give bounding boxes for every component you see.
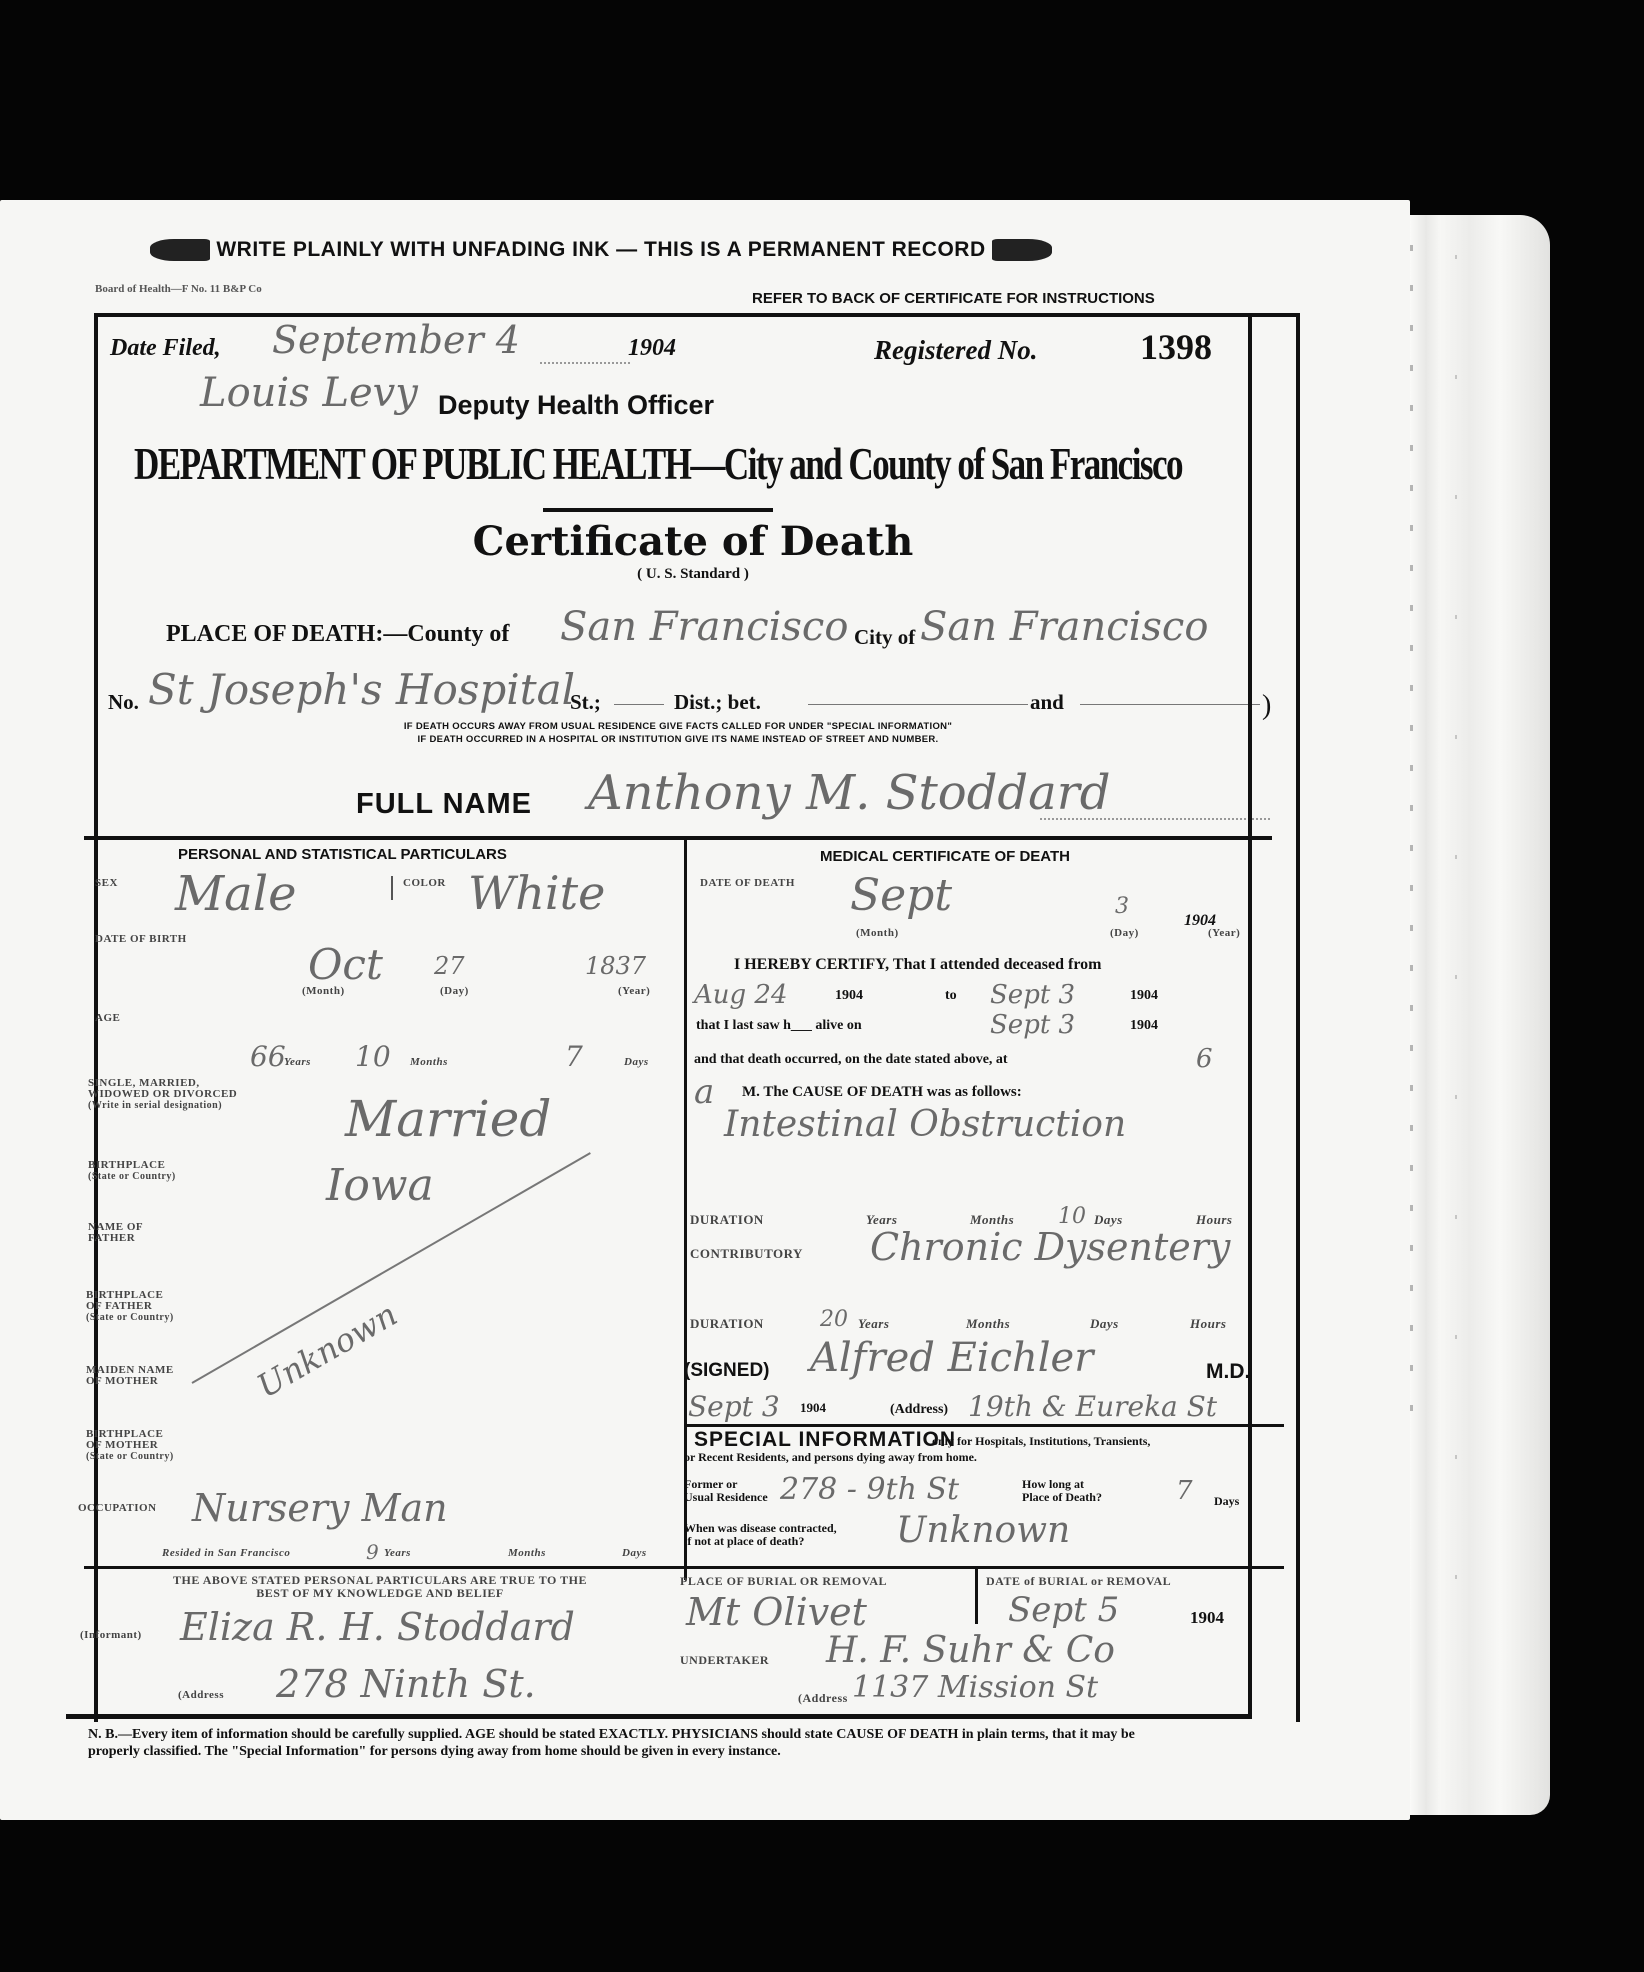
mother-label-2: OF MOTHER: [86, 1376, 174, 1387]
undertaker-label: UNDERTAKER: [680, 1655, 769, 1666]
medical-heading: MEDICAL CERTIFICATE OF DEATH: [820, 848, 1070, 865]
dod-month: Sept: [850, 870, 952, 921]
signed-date: Sept 3: [688, 1390, 780, 1423]
father-birthplace-label: BIRTHPLACE OF FATHER (State or Country): [86, 1290, 174, 1323]
informant-statement-2: BEST OF MY KNOWLEDGE AND BELIEF: [80, 1587, 680, 1600]
occupation-label: OCCUPATION: [78, 1503, 157, 1514]
cause-text: M. The CAUSE OF DEATH was as follows:: [742, 1084, 1022, 1101]
duration-1-days-caption: Days: [1094, 1214, 1123, 1225]
resided-months-caption: Months: [508, 1548, 546, 1559]
ampm-value: a: [694, 1072, 714, 1112]
marital-label-2: WIDOWED OR DIVORCED: [88, 1089, 237, 1100]
dod-month-caption: (Month): [856, 928, 899, 939]
to-label: to: [945, 988, 957, 1004]
duration-2-label: DURATION: [690, 1318, 764, 1329]
age-months: 10: [355, 1040, 391, 1073]
officer-title: Deputy Health Officer: [438, 390, 714, 421]
contributory-label: CONTRIBUTORY: [690, 1248, 803, 1259]
signed-year: 1904: [800, 1400, 826, 1416]
md-label: M.D.: [1206, 1360, 1250, 1384]
department-title: DEPARTMENT OF PUBLIC HEALTH—City and Cou…: [134, 438, 1182, 490]
date-filed-year: 1904: [628, 335, 676, 362]
registered-label: Registered No.: [874, 335, 1037, 366]
standard-note: ( U. S. Standard ): [0, 566, 1386, 583]
father-label-2: FATHER: [88, 1233, 143, 1244]
form-code: Board of Health—F No. 11 B&P Co: [95, 283, 262, 295]
how-long-label: How long at Place of Death?: [1022, 1478, 1102, 1504]
place-of-death-label: PLACE OF DEATH:—County of: [166, 621, 509, 648]
burial-date-value: Sept 5: [1008, 1590, 1119, 1630]
burial-place-value: Mt Olivet: [686, 1590, 867, 1634]
occurred-text: and that death occurred, on the date sta…: [694, 1052, 1008, 1068]
age-years: 66: [250, 1040, 286, 1073]
no-label: No.: [108, 690, 139, 715]
informant-address: 278 Ninth St.: [276, 1662, 536, 1706]
marital-value: Married: [345, 1090, 551, 1148]
informant-statement: THE ABOVE STATED PERSONAL PARTICULARS AR…: [80, 1574, 680, 1600]
undertaker-address: 1137 Mission St: [852, 1670, 1098, 1705]
last-saw-year: 1904: [1130, 1018, 1158, 1034]
special-note-1: only for Hospitals, Institutions, Transi…: [932, 1434, 1150, 1449]
resided-years: 9: [366, 1540, 379, 1564]
physician-signature: Alfred Eichler: [810, 1335, 1093, 1381]
resided-years-caption: Years: [384, 1548, 411, 1559]
district-label: Dist.; bet.: [674, 690, 761, 715]
dob-label: DATE OF BIRTH: [95, 934, 187, 945]
informant-label: (Informant): [80, 1630, 142, 1641]
attended-to-year: 1904: [1130, 988, 1158, 1004]
dod-day: 3: [1115, 894, 1129, 919]
duration-2-years-caption: Years: [858, 1318, 889, 1329]
contracted-label: When was disease contracted, if not at p…: [684, 1522, 837, 1548]
duration-1-years-caption: Years: [866, 1214, 897, 1225]
how-long-value: 7: [1176, 1476, 1193, 1506]
age-years-caption: Years: [284, 1057, 311, 1068]
instructions-note: REFER TO BACK OF CERTIFICATE FOR INSTRUC…: [752, 290, 1155, 307]
place-note-line-1: IF DEATH OCCURS AWAY FROM USUAL RESIDENC…: [248, 720, 1108, 733]
father-name-label: NAME OF FATHER: [88, 1222, 143, 1244]
dod-day-caption: (Day): [1110, 928, 1139, 939]
father-bp-label-2: OF FATHER: [86, 1301, 174, 1312]
birthplace-value: Iowa: [326, 1160, 434, 1211]
physician-address: 19th & Eureka St: [968, 1390, 1217, 1423]
place-note-line-2: IF DEATH OCCURRED IN A HOSPITAL OR INSTI…: [248, 733, 1108, 746]
color-value: White: [468, 866, 605, 920]
mother-birthplace-label: BIRTHPLACE OF MOTHER (State or Country): [86, 1429, 174, 1462]
occupation-value: Nursery Man: [192, 1486, 448, 1530]
certificate-title: Certificate of Death: [0, 518, 1386, 565]
signed-label: (SIGNED): [684, 1360, 770, 1382]
informant-name: Eliza R. H. Stoddard: [180, 1605, 575, 1649]
month-caption: (Month): [302, 986, 345, 997]
and-label: and: [1030, 690, 1064, 715]
marital-label-3: (Write in serial designation): [88, 1100, 237, 1111]
footer-note: N. B.—Every item of information should b…: [88, 1726, 1158, 1760]
date-filed-label: Date Filed,: [110, 335, 221, 362]
registered-number: 1398: [1140, 326, 1212, 368]
full-name-label: FULL NAME: [356, 788, 532, 821]
place-note: IF DEATH OCCURS AWAY FROM USUAL RESIDENC…: [248, 720, 1108, 746]
year-caption: (Year): [618, 986, 650, 997]
birthplace-label-text: BIRTHPLACE: [88, 1160, 176, 1171]
duration-1-hours-caption: Hours: [1196, 1214, 1232, 1225]
contracted-label-2: if not at place of death?: [684, 1535, 837, 1548]
contributory-value: Chronic Dysentery: [870, 1225, 1230, 1269]
age-days-caption: Days: [624, 1057, 649, 1068]
certify-text: I HEREBY CERTIFY, That I attended deceas…: [734, 956, 1101, 974]
undertaker-value: H. F. Suhr & Co: [826, 1630, 1115, 1671]
duration-2-years: 20: [820, 1307, 848, 1332]
full-name-value: Anthony M. Stoddard: [588, 765, 1110, 821]
attended-from: Aug 24: [694, 980, 788, 1010]
dob-month: Oct: [308, 940, 383, 989]
age-months-caption: Months: [410, 1057, 448, 1068]
pointing-hand-icon: [992, 239, 1052, 261]
age-days: 7: [565, 1040, 583, 1073]
birthplace-label: BIRTHPLACE (State or Country): [88, 1160, 176, 1182]
residence-value: 278 - 9th St: [780, 1472, 959, 1507]
informant-address-label: (Address: [178, 1690, 224, 1701]
banner-text: WRITE PLAINLY WITH UNFADING INK — THIS I…: [216, 238, 985, 261]
physician-address-label: (Address): [890, 1402, 948, 1418]
undertaker-address-label: (Address: [798, 1693, 848, 1704]
county-value: San Francisco: [560, 604, 848, 650]
father-bp-caption: (State or Country): [86, 1312, 174, 1323]
attended-from-year: 1904: [835, 988, 863, 1004]
date-filed-value: September 4: [272, 318, 520, 362]
dob-year: 1837: [585, 952, 646, 980]
place-no-value: St Joseph's Hospital: [148, 665, 575, 714]
attended-to: Sept 3: [990, 980, 1075, 1010]
mother-name-label: MAIDEN NAME OF MOTHER: [86, 1365, 174, 1387]
officer-signature: Louis Levy: [200, 370, 418, 416]
day-caption: (Day): [440, 986, 469, 997]
sex-label: SEX: [95, 878, 118, 889]
duration-1-label: DURATION: [690, 1214, 764, 1225]
duration-2-months-caption: Months: [966, 1318, 1010, 1329]
how-long-unit: Days: [1214, 1494, 1239, 1509]
birthplace-caption: (State or Country): [88, 1171, 176, 1182]
resided-days-caption: Days: [622, 1548, 647, 1559]
dob-day: 27: [434, 952, 465, 980]
city-value: San Francisco: [920, 604, 1208, 650]
last-saw-value: Sept 3: [990, 1010, 1075, 1040]
how-long-label-2: Place of Death?: [1022, 1491, 1102, 1504]
burial-year: 1904: [1190, 1608, 1224, 1628]
dod-label: DATE OF DEATH: [700, 878, 795, 889]
banner: WRITE PLAINLY WITH UNFADING INK — THIS I…: [150, 238, 1052, 262]
mother-bp-caption: (State or Country): [86, 1451, 174, 1462]
sex-value: Male: [175, 866, 297, 922]
residence-label-2: Usual Residence: [684, 1491, 768, 1504]
resided-label: Resided in San Francisco: [162, 1548, 290, 1559]
pointing-hand-icon: [150, 239, 210, 261]
city-label: City of: [854, 625, 915, 650]
contracted-value: Unknown: [896, 1510, 1070, 1551]
hour-value: 6: [1196, 1044, 1213, 1074]
marital-label: SINGLE, MARRIED, WIDOWED OR DIVORCED (Wr…: [88, 1078, 237, 1111]
street-label: St.;: [570, 690, 601, 715]
dod-year-caption: (Year): [1208, 928, 1240, 939]
color-label: COLOR: [403, 878, 446, 889]
age-label: AGE: [95, 1013, 120, 1024]
burial-place-label: PLACE OF BURIAL OR REMOVAL: [680, 1576, 887, 1587]
cause-value: Intestinal Obstruction: [724, 1104, 1126, 1145]
mother-bp-label-2: OF MOTHER: [86, 1440, 174, 1451]
residence-label: Former or Usual Residence: [684, 1478, 768, 1504]
personal-heading: PERSONAL AND STATISTICAL PARTICULARS: [178, 846, 507, 863]
paren-close: ): [1262, 690, 1271, 722]
duration-2-days-caption: Days: [1090, 1318, 1119, 1329]
duration-1-months-caption: Months: [970, 1214, 1014, 1225]
last-saw-label: that I last saw h___ alive on: [696, 1018, 862, 1034]
special-note-2: or Recent Residents, and persons dying a…: [684, 1450, 977, 1465]
burial-date-label: DATE of BURIAL or REMOVAL: [986, 1576, 1171, 1587]
duration-2-hours-caption: Hours: [1190, 1318, 1226, 1329]
special-heading: SPECIAL INFORMATION: [694, 1428, 956, 1452]
